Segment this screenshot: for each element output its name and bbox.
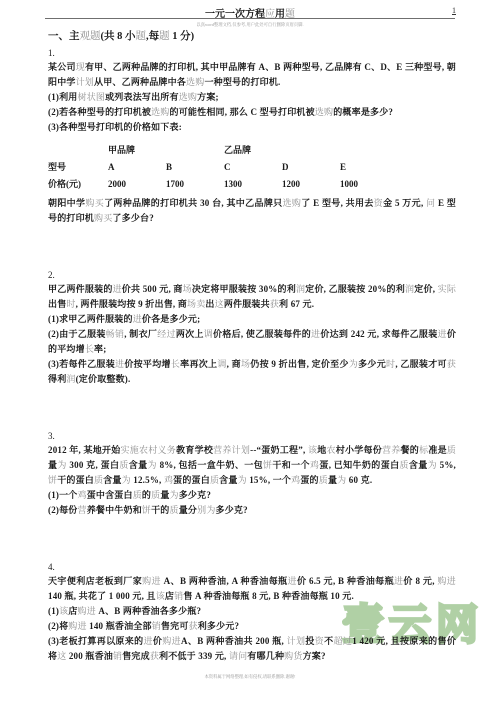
price-cell: 1200 — [282, 179, 340, 189]
problem-4-q1: (1)该店购进 A、B 两种香油各多少瓶? — [48, 604, 456, 619]
problem-1-q2: (2)若各种型号的打印机被选购的可能性相同, 那么 C 型号打印机被选购的概率是… — [48, 105, 456, 120]
problem-4-intro: 天宇便利店老板到厂家购进 A、B 两种香油, A 种香油每瓶进价 6.5 元, … — [48, 574, 456, 604]
model-cell: B — [166, 162, 224, 172]
problem-1-q1: (1)利用树状图或列表法写出所有选购方案; — [48, 90, 456, 105]
model-cell: D — [282, 162, 340, 172]
problem-2: 2. 甲乙两件服装的进价共 500 元, 商场决定将甲服装按 30%的利润定价,… — [48, 268, 456, 387]
problem-4-q3: (3)老板打算再以原来的进价购进A、B 两种香油共 200 瓶, 计划投资不超过… — [48, 634, 456, 664]
problem-3-number: 3. — [48, 429, 456, 443]
model-cell: C — [224, 162, 282, 172]
price-table: 甲品牌 乙品牌 型号 A B C D E 价格(元) 2000 1700 130… — [48, 141, 456, 192]
problem-2-number: 2. — [48, 268, 456, 282]
price-cell: 1300 — [224, 179, 282, 189]
price-cell: 1700 — [166, 179, 224, 189]
footer-note: 本资料属于网络整理,如有侵权,请联系删除,谢谢! — [70, 673, 430, 679]
price-cell: 1000 — [340, 179, 398, 189]
problem-4-q2: (2)将购进 140 瓶香油全部销售完可获利多少元? — [48, 619, 456, 634]
table-model-row: 型号 A B C D E — [48, 158, 456, 175]
problem-1: 1. 某公司现有甲、乙两种品牌的打印机, 其中甲品牌有 A、B 两种型号, 乙品… — [48, 46, 456, 226]
problem-1-q3: (3)各种型号打印机的价格如下表: — [48, 120, 456, 135]
problem-3: 3. 2012 年, 某地开始实施农村义务教育学校营养计划--“蛋奶工程”, 该… — [48, 429, 456, 518]
price-row-label: 价格(元) — [48, 177, 108, 190]
model-row-label: 型号 — [48, 160, 108, 173]
document-page: 一元一次方程应用题 1 以真word整理文档,仅参考,用户此处可自行删除页眉页脚… — [0, 0, 500, 707]
problem-4: 4. 天宇便利店老板到厂家购进 A、B 两种香油, A 种香油每瓶进价 6.5 … — [48, 560, 456, 664]
table-price-row: 价格(元) 2000 1700 1300 1200 1000 — [48, 175, 456, 192]
table-brand-row: 甲品牌 乙品牌 — [48, 141, 456, 158]
problem-3-q2: (2)每份营养餐中牛奶和饼干的质量分别为多少克? — [48, 503, 456, 518]
problem-2-q3: (3)若每件乙服装进价按平均增长率再次上调, 商场仍按 9 折出售, 定价至少为… — [48, 357, 456, 387]
problem-3-intro: 2012 年, 某地开始实施农村义务教育学校营养计划--“蛋奶工程”, 该地农村… — [48, 443, 456, 488]
problem-2-q2: (2)由于乙服装畅销, 制衣厂经过两次上调价格后, 使乙服装每件的进价达到 24… — [48, 327, 456, 357]
price-cell: 2000 — [108, 179, 166, 189]
header-divider — [45, 18, 455, 19]
problem-1-intro: 某公司现有甲、乙两种品牌的打印机, 其中甲品牌有 A、B 两种型号, 乙品牌有 … — [48, 60, 456, 90]
brand-left-label: 甲品牌 — [108, 143, 166, 156]
problem-3-q1: (1)一个鸡蛋中含蛋白质的质量为多少克? — [48, 488, 456, 503]
header-note: 以真word整理文档,仅参考,用户此处可自行删除页眉页脚. — [70, 21, 430, 27]
document-body: 一、主观题(共 8 小题,每题 1 分) 1. 某公司现有甲、乙两种品牌的打印机… — [48, 30, 456, 664]
section-heading: 一、主观题(共 8 小题,每题 1 分) — [48, 30, 456, 43]
brand-right-label: 乙品牌 — [224, 143, 282, 156]
problem-2-q1: (1)求甲乙两件服装的进价各是多少元; — [48, 312, 456, 327]
problem-1-tail: 朝阳中学购买了两种品牌的打印机共 30 台, 其中乙品牌只选购了 E 型号, 共… — [48, 196, 456, 226]
problem-2-intro: 甲乙两件服装的进价共 500 元, 商场决定将甲服装按 30%的利润定价, 乙服… — [48, 282, 456, 312]
model-cell: E — [340, 162, 398, 172]
model-cell: A — [108, 162, 166, 172]
page-number: 1 — [452, 6, 456, 15]
problem-1-number: 1. — [48, 46, 456, 60]
problem-4-number: 4. — [48, 560, 456, 574]
